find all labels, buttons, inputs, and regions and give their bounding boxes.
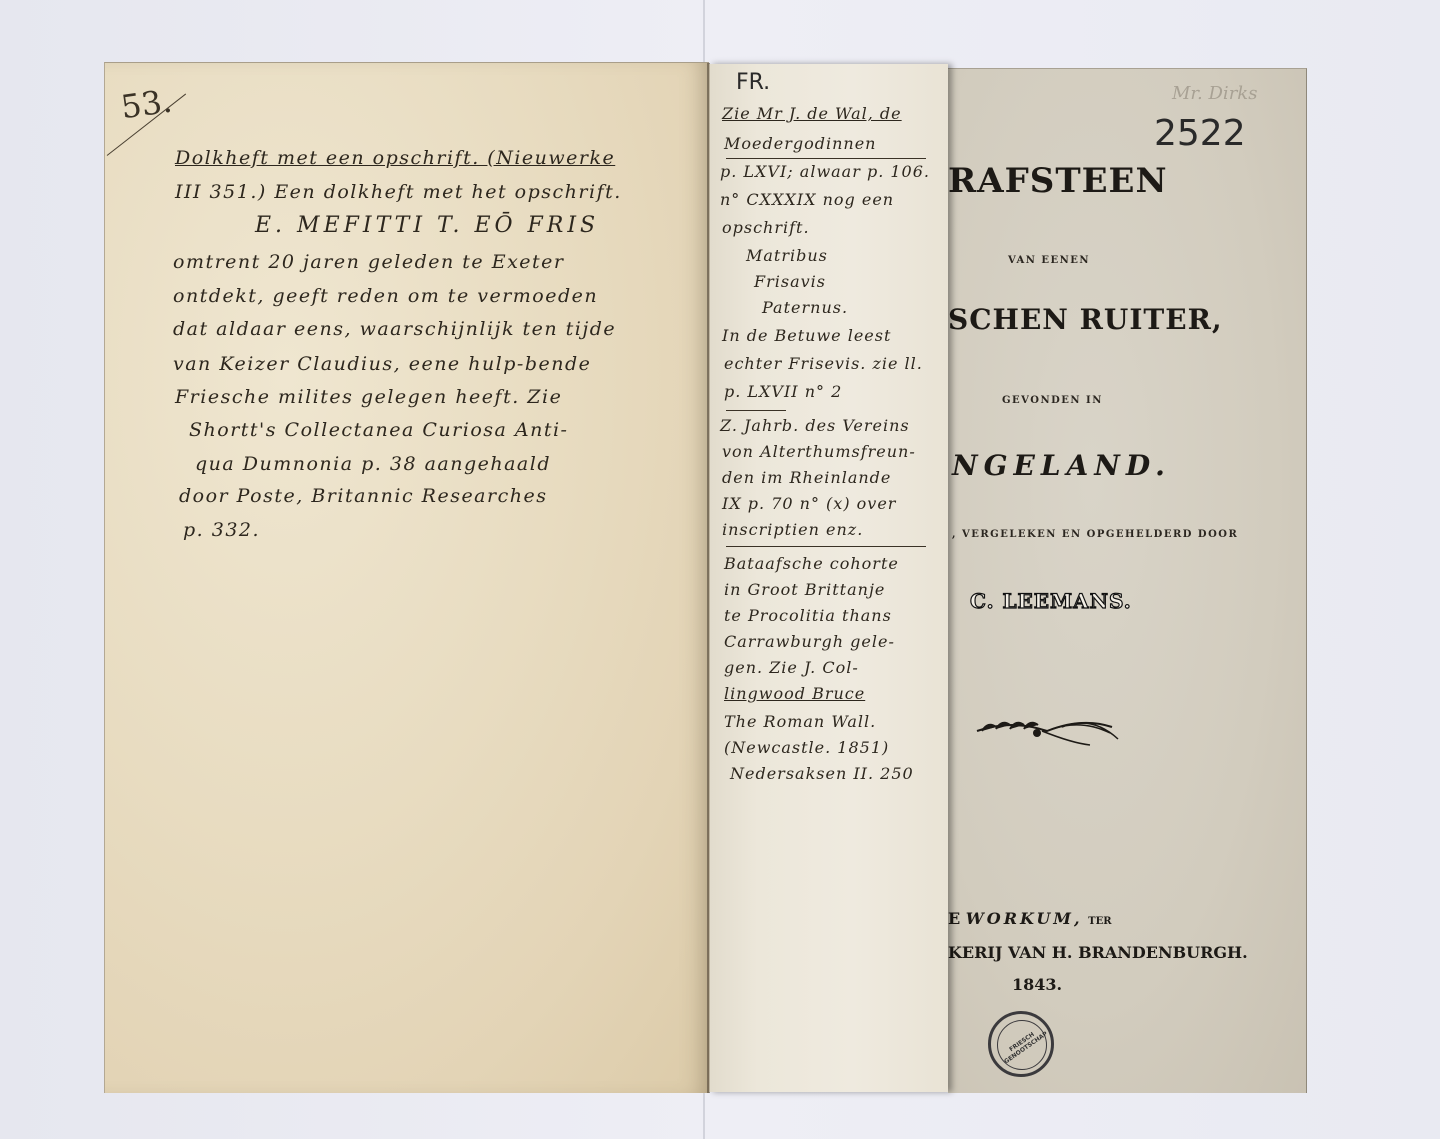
author: C. LEEMANS. (970, 589, 1132, 613)
note-inscription: E. MEFITTI T. EŌ FRIS (255, 213, 599, 238)
slip-line-18: in Groot Brittanje (724, 580, 885, 599)
slip-line-12: Z. Jahrb. des Vereins (720, 416, 910, 435)
slip-rule (726, 546, 926, 547)
slip-rule (726, 410, 786, 411)
library-stamp: FRIESCH GENOOTSCHAP (988, 1011, 1054, 1077)
slip-line-24: (Newcastle. 1851) (724, 738, 889, 757)
slip-line-4: n° CXXXIX nog een (720, 190, 894, 209)
note-line-1: Dolkheft met een opschrift. (Nieuwerke (175, 147, 615, 169)
place-line: E WORKUM, TER (948, 909, 1112, 928)
slip-line-20: Carrawburgh gele- (724, 632, 895, 651)
slip-line-8: Paternus. (762, 298, 848, 317)
title-word: RAFSTEEN (948, 161, 1168, 201)
note-line-7: van Keizer Claudius, eene hulp-bende (173, 353, 591, 375)
note-line-12: p. 332. (183, 519, 260, 541)
slip-line-22: lingwood Bruce (724, 684, 865, 703)
van-eenen: VAN EENEN (1008, 255, 1090, 266)
slip-line-11: p. LXVII n° 2 (724, 382, 842, 401)
slip-line-13: von Alterthumsfreun- (722, 442, 916, 461)
slip-line-3: p. LXVI; alwaar p. 106. (720, 162, 930, 181)
slip-line-9: In de Betuwe leest (722, 326, 891, 345)
slip-line-23: The Roman Wall. (724, 712, 876, 731)
described-by: , VERGELEKEN EN OPGEHELDERD DOOR (952, 529, 1238, 540)
slip-line-5: opschrift. (722, 218, 810, 237)
shelf-number: 53. (119, 82, 175, 127)
faded-owner-annotation: Mr. Dirks (1172, 83, 1257, 104)
slip-line-14: den im Rheinlande (722, 468, 891, 487)
printer: KERIJ VAN H. BRANDENBURGH. (948, 943, 1248, 962)
leaf-ornament-icon (972, 709, 1122, 749)
note-line-6: dat aldaar eens, waarschijnlijk ten tijd… (173, 318, 616, 340)
slip-header: FR. (736, 70, 770, 95)
slip-rule (726, 158, 926, 159)
slip-line-19: te Procolitia thans (724, 606, 892, 625)
slip-line-1: Zie Mr J. de Wal, de (722, 104, 902, 123)
slip-line-2: Moedergodinnen (724, 134, 876, 153)
place-prefix: E (948, 909, 960, 928)
title-page: Mr. Dirks 2522 RAFSTEEN VAN EENEN SCHEN … (948, 68, 1307, 1093)
place-suffix: TER (1088, 916, 1111, 927)
slip-line-16: inscriptien enz. (722, 520, 863, 539)
note-line-5: ontdekt, geeft reden om te vermoeden (173, 285, 598, 307)
place-name: WORKUM, (966, 909, 1083, 928)
gevonden-in: GEVONDEN IN (1002, 395, 1103, 406)
note-line-2: III 351.) Een dolkheft met het opschrift… (175, 181, 622, 203)
year: 1843. (1012, 975, 1062, 994)
note-line-4: omtrent 20 jaren geleden te Exeter (173, 251, 565, 273)
slip-line-6: Matribus (746, 246, 828, 265)
pencil-catalogue-number: 2522 (1154, 113, 1246, 154)
slip-line-17: Bataafsche cohorte (724, 554, 899, 573)
note-line-10: qua Dumnonia p. 38 aangehaald (195, 453, 551, 475)
slip-line-7: Frisavis (754, 272, 826, 291)
note-line-9: Shortt's Collectanea Curiosa Anti- (189, 419, 568, 441)
note-line-11: door Poste, Britannic Researches (179, 485, 547, 507)
slip-line-10: echter Frisevis. zie ll. (724, 354, 923, 373)
left-page-handwritten-note: 53. Dolkheft met een opschrift. (Nieuwer… (104, 62, 709, 1093)
slip-line-21: gen. Zie J. Col- (724, 658, 859, 677)
country: NGELAND. (952, 449, 1171, 482)
note-line-8: Friesche milites gelegen heeft. Zie (175, 386, 562, 408)
subtitle: SCHEN RUITER, (948, 303, 1223, 336)
slip-line-25: Nedersaksen II. 250 (730, 764, 914, 783)
annotation-slip: FR. Zie Mr J. de Wal, de Moedergodinnen … (709, 64, 948, 1092)
slip-line-15: IX p. 70 n° (x) over (722, 494, 896, 513)
